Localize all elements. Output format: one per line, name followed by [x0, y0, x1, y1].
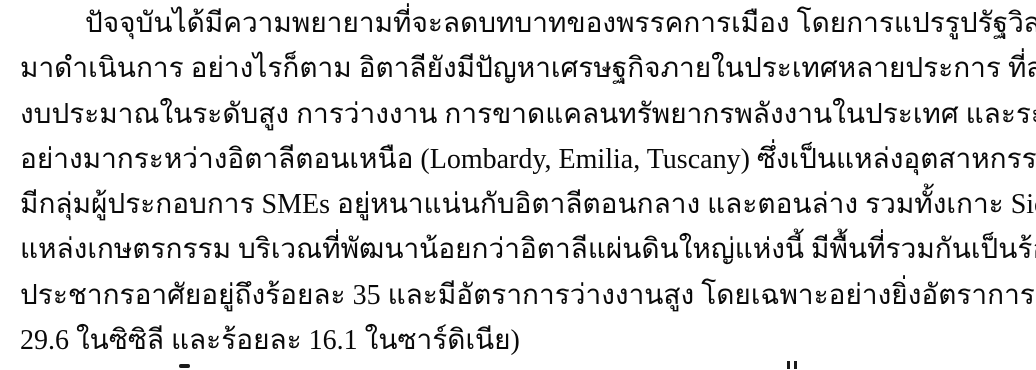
text-line: มาดำเนินการ อย่างไรก็ตาม อิตาลียังมีปัญห… — [20, 46, 1018, 91]
text-line: ปัจจุบันได้มีความพยายามที่จะลดบทบาทของพร… — [20, 1, 1018, 46]
document-page: ปัจจุบันได้มีความพยายามที่จะลดบทบาทของพร… — [0, 0, 1036, 370]
clipped-glyph-fragment — [179, 364, 190, 368]
text-line: 29.6 ในซิซิลี และร้อยละ 16.1 ในซาร์ดิเนี… — [20, 318, 1018, 363]
text-line: ประชากรอาศัยอยู่ถึงร้อยละ 35 และมีอัตราก… — [20, 273, 1018, 318]
paragraph: ปัจจุบันได้มีความพยายามที่จะลดบทบาทของพร… — [0, 0, 1036, 363]
clipped-glyph-fragment — [787, 361, 790, 369]
text-line: อย่างมากระหว่างอิตาลีตอนเหนือ (Lombardy,… — [20, 137, 1018, 182]
text-line: งบประมาณในระดับสูง การว่างงาน การขาดแคลน… — [20, 92, 1018, 137]
clipped-glyph-fragment — [794, 361, 797, 369]
text-line: มีกลุ่มผู้ประกอบการ SMEs อยู่หนาแน่นกับอ… — [20, 182, 1018, 227]
text-line: แหล่งเกษตรกรรม บริเวณที่พัฒนาน้อยกว่าอิต… — [20, 227, 1018, 272]
